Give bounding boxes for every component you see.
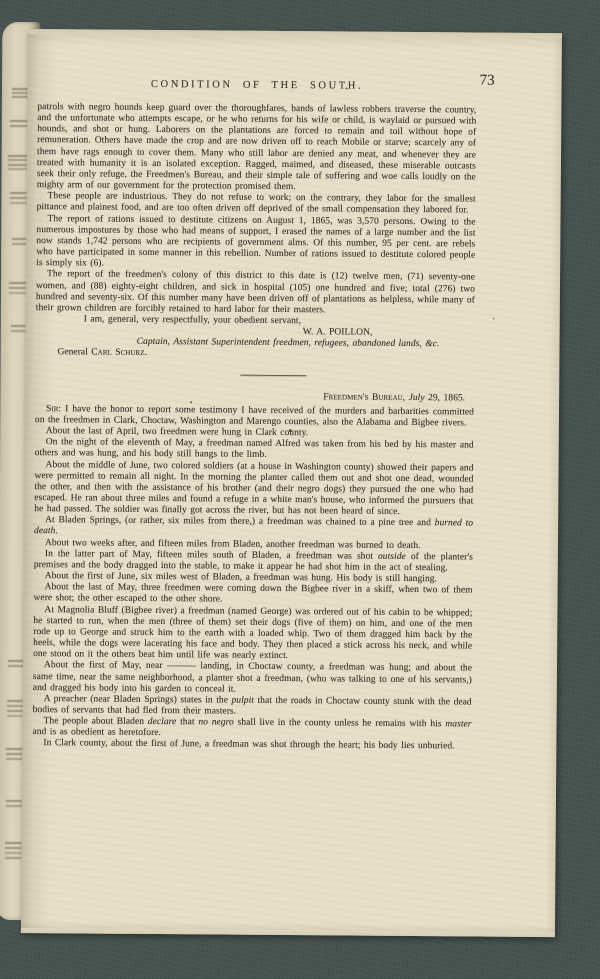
paragraph: About the first of May, near ——— landing… xyxy=(33,660,472,697)
section-divider xyxy=(240,374,306,376)
letter2-body: Sir: I have the honor to report some tes… xyxy=(32,404,474,753)
paragraph: patrols with negro hounds keep guard ove… xyxy=(37,102,477,195)
book-page: CONDITION OF THE SOUTH. 73 patrols with … xyxy=(21,29,562,937)
paragraph: The report of the freedmen's colony of t… xyxy=(36,269,475,317)
paragraph: In Clark county, about the first of June… xyxy=(32,738,471,753)
paragraph: The report of rations issued to destitut… xyxy=(36,214,475,273)
letter1-closing: I am, general, very respectfully, your o… xyxy=(35,314,474,362)
running-header: CONDITION OF THE SOUTH. 73 xyxy=(38,73,477,89)
closing-salutation: I am, general, very respectfully, your o… xyxy=(84,314,475,328)
letter1-body: patrols with negro hounds keep guard ove… xyxy=(36,102,477,317)
page-content: CONDITION OF THE SOUTH. 73 patrols with … xyxy=(21,29,562,937)
page-number: 73 xyxy=(480,73,495,90)
page-title: CONDITION OF THE SOUTH. xyxy=(151,79,363,92)
paragraph: About the middle of June, two colored so… xyxy=(34,460,473,519)
dateline: Freedmen's Bureau, July 29, 1865. xyxy=(35,390,474,405)
book-photograph: { "header": { "title": "CONDITION OF THE… xyxy=(0,0,600,979)
paragraph: At Magnolia Bluff (Bigbee river) a freed… xyxy=(33,605,472,664)
